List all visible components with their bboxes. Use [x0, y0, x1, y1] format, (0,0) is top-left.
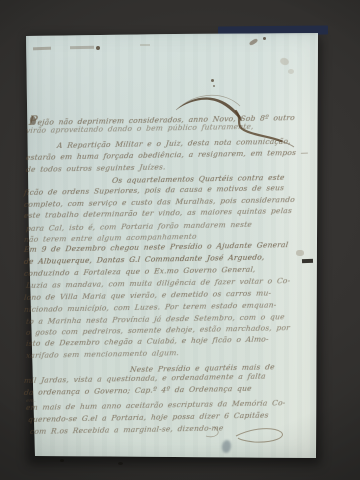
manuscript-page: [24, 31, 320, 461]
photo-backdrop: Pejão não deprimirem considerados, anno …: [0, 0, 360, 480]
